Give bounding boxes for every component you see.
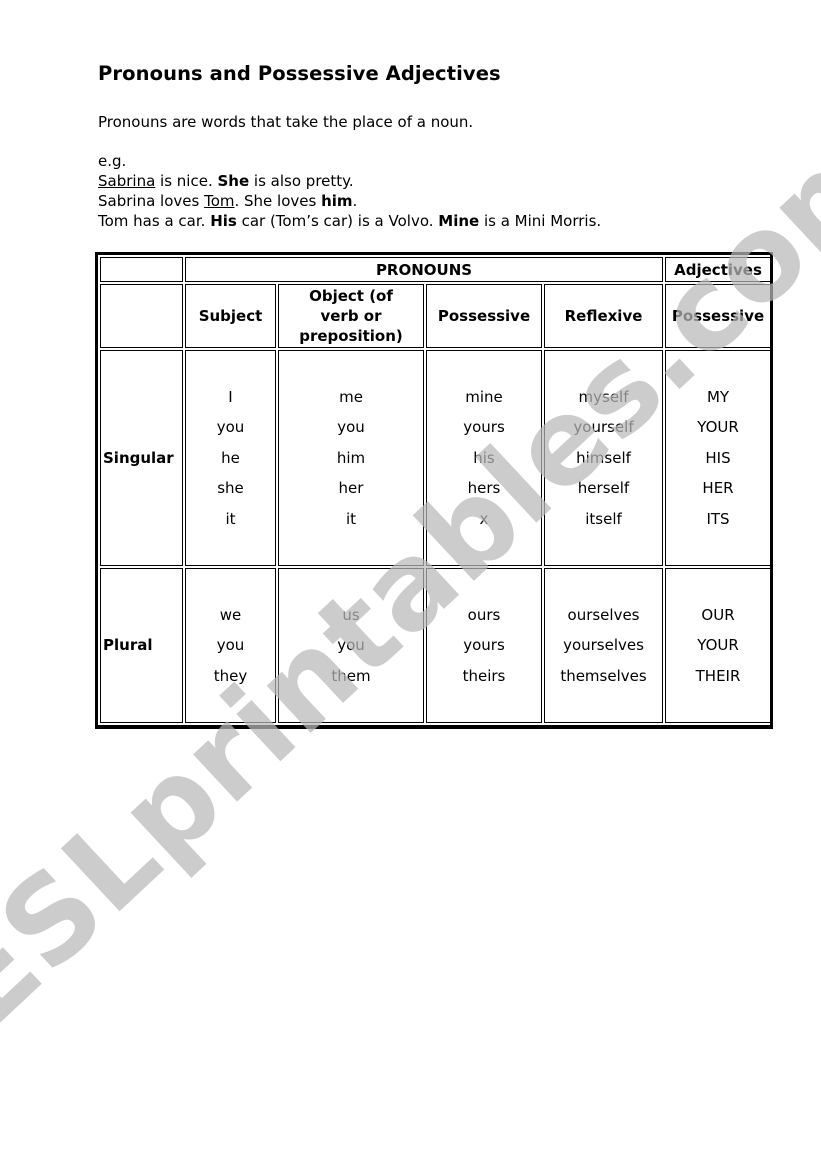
adjective-cell: MYYOURHISHERITS (665, 350, 771, 566)
pronoun-word: hers (427, 473, 541, 504)
subject-cell: Iyouhesheit (185, 350, 276, 566)
pronoun-word: theirs (427, 661, 541, 692)
pronoun-word: you (279, 630, 423, 661)
examples: e.g. Sabrina is nice. She is also pretty… (98, 151, 778, 231)
bold-pronoun: him (321, 192, 352, 210)
bold-pronoun: Mine (438, 212, 479, 230)
pronoun-word: his (427, 443, 541, 474)
pronoun-word: him (279, 443, 423, 474)
pronoun-word: YOUR (666, 630, 770, 661)
table-row-plural: Plural weyouthey usyouthem oursyoursthei… (100, 568, 771, 723)
pronoun-word: himself (545, 443, 662, 474)
example-text: Tom has a car. (98, 212, 210, 230)
examples-label: e.g. (98, 151, 778, 171)
example-line-2: Sabrina loves Tom. She loves him. (98, 191, 778, 211)
pronoun-word: myself (545, 382, 662, 413)
pronoun-word: he (186, 443, 275, 474)
group-header-row: PRONOUNS Adjectives (100, 257, 771, 282)
intro-text: Pronouns are words that take the place o… (98, 112, 778, 132)
pronoun-word: it (279, 504, 423, 535)
pronoun-word: herself (545, 473, 662, 504)
pronoun-word: us (279, 600, 423, 631)
pronoun-word: we (186, 600, 275, 631)
pronoun-word: ourselves (545, 600, 662, 631)
bold-pronoun: She (218, 172, 250, 190)
example-text: is also pretty. (249, 172, 354, 190)
table-row-singular: Singular Iyouhesheit meyouhimherit miney… (100, 350, 771, 566)
pronoun-word: you (279, 412, 423, 443)
pronoun-word: themselves (545, 661, 662, 692)
underlined-noun: Tom (204, 192, 234, 210)
pronouns-table: PRONOUNS Adjectives Subject Object (of v… (98, 255, 773, 725)
possessive-cell: mineyourshishersx (426, 350, 542, 566)
object-cell: meyouhimherit (278, 350, 424, 566)
column-header-row: Subject Object (of verb or preposition) … (100, 284, 771, 348)
example-text: . (353, 192, 358, 210)
pronoun-word: HER (666, 473, 770, 504)
pronoun-word: me (279, 382, 423, 413)
column-header-possessive-adjective: Possessive (665, 284, 771, 348)
pronoun-word: ITS (666, 504, 770, 535)
pronoun-word: you (186, 630, 275, 661)
pronouns-table-frame: PRONOUNS Adjectives Subject Object (of v… (95, 252, 773, 729)
pronoun-word: itself (545, 504, 662, 535)
possessive-cell: oursyourstheirs (426, 568, 542, 723)
example-line-3: Tom has a car. His car (Tom’s car) is a … (98, 211, 778, 231)
row-label: Singular (100, 350, 183, 566)
subject-cell: weyouthey (185, 568, 276, 723)
row-label: Plural (100, 568, 183, 723)
pronoun-word: it (186, 504, 275, 535)
underlined-noun: Sabrina (98, 172, 155, 190)
worksheet: Pronouns and Possessive Adjectives Prono… (98, 60, 778, 231)
pronoun-word: THEIR (666, 661, 770, 692)
column-header-subject: Subject (185, 284, 276, 348)
pronoun-word: them (279, 661, 423, 692)
example-text: is nice. (155, 172, 217, 190)
pronoun-word: I (186, 382, 275, 413)
pronoun-word: MY (666, 382, 770, 413)
pronoun-word: she (186, 473, 275, 504)
pronoun-word: ours (427, 600, 541, 631)
example-text: . She loves (234, 192, 321, 210)
pronoun-word: mine (427, 382, 541, 413)
pronoun-word: yours (427, 412, 541, 443)
pronoun-word: x (427, 504, 541, 535)
pronoun-word: they (186, 661, 275, 692)
pronoun-word: her (279, 473, 423, 504)
adjectives-group-header: Adjectives (665, 257, 771, 282)
example-text: car (Tom’s car) is a Volvo. (237, 212, 438, 230)
adjective-cell: OURYOURTHEIR (665, 568, 771, 723)
pronouns-group-header: PRONOUNS (185, 257, 663, 282)
page-title: Pronouns and Possessive Adjectives (98, 60, 778, 88)
empty-corner-cell (100, 284, 183, 348)
column-header-reflexive: Reflexive (544, 284, 663, 348)
pronoun-word: YOUR (666, 412, 770, 443)
object-cell: usyouthem (278, 568, 424, 723)
reflexive-cell: myselfyourselfhimselfherselfitself (544, 350, 663, 566)
pronoun-word: yourselves (545, 630, 662, 661)
pronoun-word: HIS (666, 443, 770, 474)
example-line-1: Sabrina is nice. She is also pretty. (98, 171, 778, 191)
example-text: is a Mini Morris. (479, 212, 601, 230)
pronoun-word: yourself (545, 412, 662, 443)
column-header-object: Object (of verb or preposition) (278, 284, 424, 348)
pronoun-word: you (186, 412, 275, 443)
empty-corner-cell (100, 257, 183, 282)
pronoun-word: yours (427, 630, 541, 661)
reflexive-cell: ourselvesyourselvesthemselves (544, 568, 663, 723)
example-text: Sabrina loves (98, 192, 204, 210)
pronoun-word: OUR (666, 600, 770, 631)
bold-pronoun: His (210, 212, 237, 230)
column-header-possessive: Possessive (426, 284, 542, 348)
